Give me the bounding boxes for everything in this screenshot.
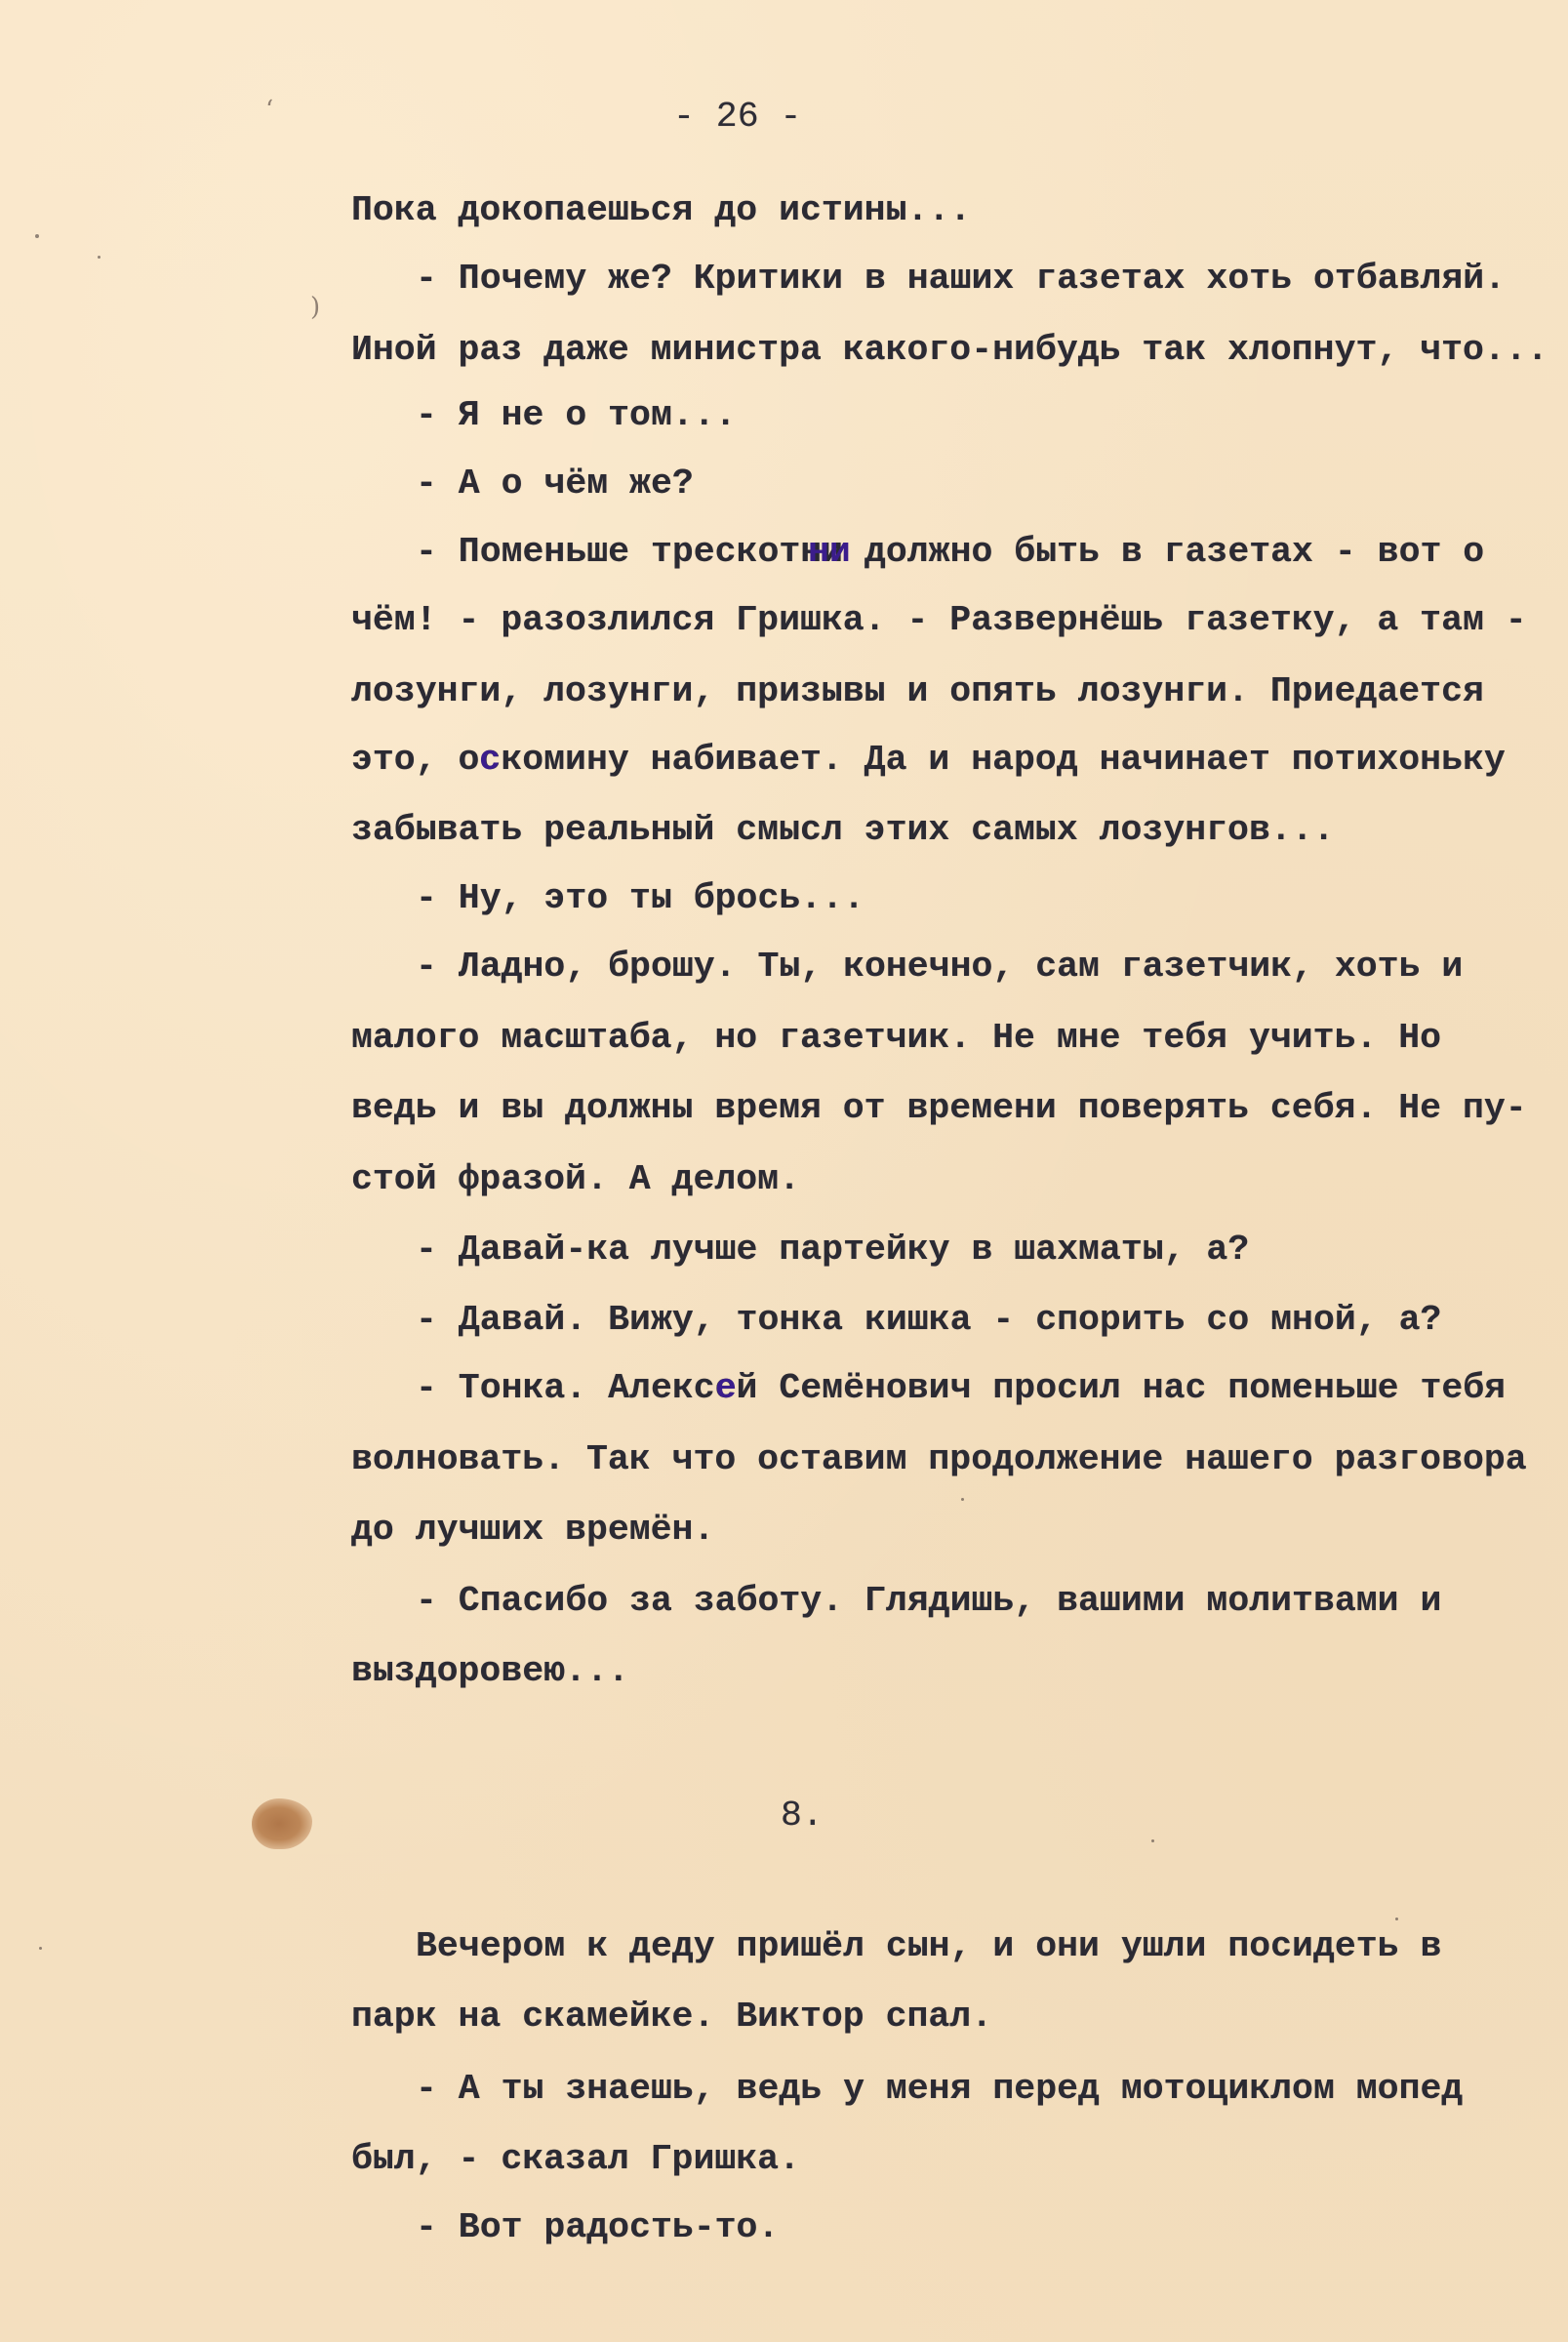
text-line: это, оскомину набивает. Да и народ начин… [351,741,1506,780]
paper-speck [961,1498,964,1501]
ink-correction: ни [808,533,851,572]
text-line: - Тонка. Алексей Семёнович просил нас по… [416,1369,1506,1408]
text-line: Пока докопаешься до истины... [351,191,971,230]
typewritten-page: - 26 - Пока докопаешься до истины... - П… [0,0,1568,2342]
paper-speck [1151,1839,1154,1842]
paper-speck [1395,1918,1398,1920]
paper-speck [39,1947,42,1950]
text-line: - Ну, это ты брось... [416,879,864,918]
text-line: лозунги, лозунги, призывы и опять лозунг… [351,672,1484,711]
text-line: малого масштаба, но газетчик. Не мне теб… [351,1019,1441,1058]
text-line: - Спасибо за заботу. Глядишь, вашими мол… [416,1582,1441,1621]
text-line: - Ладно, брошу. Ты, конечно, сам газетчи… [416,948,1463,987]
section-heading: 8. [781,1797,824,1836]
text-line: Иной раз даже министра какого-нибудь так… [351,331,1548,370]
paper-speck [35,234,39,238]
ink-correction: с [479,741,501,780]
text-line: - Давай. Вижу, тонка кишка - спорить со … [416,1301,1441,1340]
text-line: ведь и вы должны время от времени поверя… [351,1089,1527,1128]
paper-speck [98,256,101,259]
text-line: - Почему же? Критики в наших газетах хот… [416,260,1506,299]
margin-mark: ʻ [265,96,273,125]
text-line: - Вот радость-то. [416,2208,779,2247]
text-line: парк на скамейке. Виктор спал. [351,1998,992,2037]
text-line: до лучших времён. [351,1511,714,1550]
text-line: - А ты знаешь, ведь у меня перед мотоцик… [416,2070,1463,2109]
text-line: Вечером к деду пришёл сын, и они ушли по… [416,1927,1441,1966]
page-number: - 26 - [673,98,801,137]
margin-mark: ) [310,293,320,322]
text-line: - Я не о том... [416,396,737,435]
text-line: - Поменьше трескотни должно быть в газет… [416,533,1484,572]
text-line: стой фразой. А делом. [351,1160,800,1199]
text-line: - Давай-ка лучше партейку в шахматы, а? [416,1231,1249,1270]
ink-correction: е [715,1369,737,1408]
coffee-stain [252,1798,312,1849]
text-line: забывать реальный смысл этих самых лозун… [351,811,1335,850]
text-line: был, - сказал Гришка. [351,2140,800,2179]
text-line: волновать. Так что оставим продолжение н… [351,1440,1527,1479]
text-line: - А о чём же? [416,464,694,504]
text-line: чём! - разозлился Гришка. - Развернёшь г… [351,601,1527,640]
text-line: выздоровею... [351,1652,629,1691]
